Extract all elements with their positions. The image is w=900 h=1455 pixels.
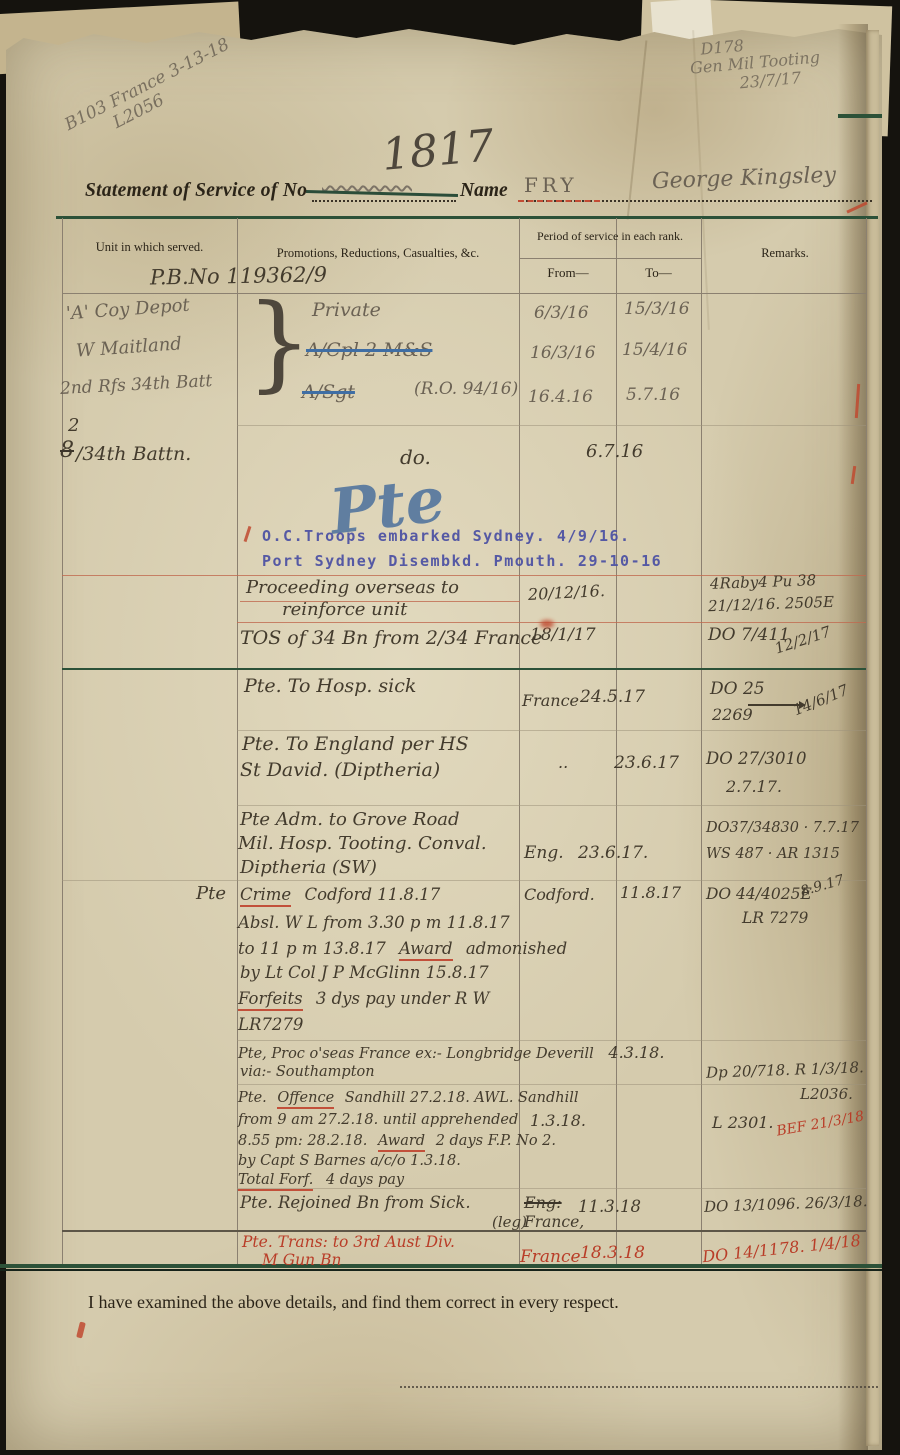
offence-line4: by Capt S Barnes a/c/o 1.3.18. <box>238 1153 461 1170</box>
table-gridline <box>519 258 701 259</box>
table-gridline <box>62 218 63 1267</box>
scanned-service-record: B103 France 3-13-18 L2056 D178 Gen Mil T… <box>0 0 900 1455</box>
crime-line4: by Lt Col J P McGlinn 15.8.17 <box>240 964 489 983</box>
proc-line2: via:- Southampton <box>240 1064 375 1081</box>
offence-award-underlined: Award <box>378 1133 425 1152</box>
top-green-rule <box>56 216 878 219</box>
offence-line3b: 2 days F.P. No 2. <box>436 1133 556 1149</box>
rank-entry-2-to: 15/4/16 <box>622 341 688 361</box>
total-forf-underlined: Total Forf. <box>238 1172 313 1191</box>
hosp-remarks2: 2269 <box>712 706 753 724</box>
dotted-leader-number <box>312 182 456 202</box>
table-gridline <box>237 730 866 731</box>
crime-line5: Forfeits 3 dys pay under R W <box>238 990 490 1009</box>
bottom-rule-shadow <box>0 1269 882 1271</box>
rejoined-place: France, <box>524 1214 584 1232</box>
offence-line5-rest: 4 days pay <box>326 1172 404 1188</box>
table-header-unit: Unit in which served. <box>66 240 233 254</box>
form-title: Statement of Service of No <box>85 180 307 202</box>
offence-line1-rest: Sandhill 27.2.18. AWL. Sandhill <box>345 1090 579 1106</box>
table-gridline <box>237 1040 866 1041</box>
table-header-remarks: Remarks. <box>706 246 864 260</box>
rank-entry-1-from: 6/3/16 <box>534 304 589 324</box>
page-edge <box>866 30 879 1446</box>
grove-line1: Pte Adm. to Grove Road <box>240 810 460 831</box>
green-rule <box>62 668 866 670</box>
grove-place: Eng. <box>524 844 564 864</box>
proc-line1: Pte, Proc o'seas France ex:- Longbridge … <box>238 1044 664 1063</box>
crime-date: 11.8.17 <box>620 884 681 902</box>
hosp-date: 24.5.17 <box>580 688 645 708</box>
award-word-underlined: Award <box>399 939 453 961</box>
battn-correction: 2 <box>68 416 79 437</box>
certification-statement: I have examined the above details, and f… <box>88 1292 619 1313</box>
crime-line1-rest: Codford 11.8.17 <box>304 885 440 904</box>
crime-word-underlined: Crime <box>240 885 291 907</box>
crime-line6: LR7279 <box>238 1016 303 1035</box>
grove-line2: Mil. Hosp. Tooting. Conval. <box>238 834 487 855</box>
tos-text: TOS of 34 Bn from 2/34 France <box>240 628 542 650</box>
table-gridline <box>237 425 866 426</box>
grove-date: 23.6.17. <box>578 844 648 864</box>
grove-remarks1: DO37/34830 · 7.7.17 <box>706 820 859 837</box>
offence-remarks1: L 2301. <box>712 1114 774 1132</box>
trans-date: 18.3.18 <box>580 1244 645 1264</box>
table-gridline <box>62 1230 866 1232</box>
england-place: .. <box>558 754 568 772</box>
trans-line1: Pte. Trans: to 3rd Aust Div. <box>242 1234 455 1252</box>
proc-line1-text: Pte, Proc o'seas France ex:- Longbridge … <box>238 1046 594 1062</box>
signature-dotted-line <box>400 1372 878 1388</box>
table-gridline <box>701 218 702 1267</box>
crime-place: Codford. <box>524 886 595 904</box>
offence-rank: Pte. <box>238 1090 267 1106</box>
grove-line3: Diptheria (SW) <box>240 858 377 879</box>
forfeits-word-underlined: Forfeits <box>238 989 303 1011</box>
top-right-pencil-note: D178 Gen Mil Tooting 23/7/17 <box>688 30 822 96</box>
offence-date: 1.3.18. <box>530 1112 586 1130</box>
england-line1: Pte. To England per HS <box>242 734 469 756</box>
table-gridline <box>237 218 238 1267</box>
rank-entry-2-struck: A/Cpl 2 M&S <box>306 340 432 362</box>
rank-entry-1: Private <box>312 300 381 322</box>
battn-from-date: 6.7.16 <box>586 442 643 463</box>
bottom-green-rule <box>0 1264 882 1268</box>
table-header-to: To— <box>617 266 700 281</box>
offence-word-underlined: Offence <box>277 1090 334 1109</box>
name-label: Name <box>460 180 508 202</box>
rejoined-date: 11.3.18 <box>578 1198 641 1217</box>
overseas-line1: Proceeding overseas to <box>246 578 459 599</box>
surname: FRY <box>524 174 578 197</box>
proc-remarks2: L2036. <box>800 1086 853 1103</box>
battn-unit: /34th Battn. <box>76 444 191 466</box>
table-header-period: Period of service in each rank. <box>521 230 699 244</box>
rejoined-text: Pte. Rejoined Bn from Sick. <box>240 1194 471 1213</box>
england-line2: St David. (Diptheria) <box>240 760 440 782</box>
rank-entry-3-to: 5.7.16 <box>626 386 680 406</box>
crime-line1: Crime Codford 11.8.17 <box>240 886 440 905</box>
rejoined-place-struck: Eng: <box>524 1194 562 1212</box>
rank-entry-3-from: 16.4.16 <box>528 388 593 408</box>
table-gridline <box>519 218 520 1267</box>
hosp-text: Pte. To Hosp. sick <box>244 676 416 698</box>
rank-entry-1-to: 15/3/16 <box>624 300 690 320</box>
offence-line2: from 9 am 27.2.18. until apprehended <box>238 1112 518 1129</box>
trans-line2: M Gun Bn <box>262 1252 341 1270</box>
crime-remarks2: LR 7279 <box>742 910 808 928</box>
table-gridline <box>866 218 867 1267</box>
red-ink-smudge <box>540 620 554 628</box>
hosp-remarks1: DO 25 <box>710 680 765 700</box>
table-gridline <box>237 805 866 806</box>
table-gridline <box>616 218 617 1267</box>
offence-line5: Total Forf. 4 days pay <box>238 1172 404 1189</box>
rank-entry-2-from: 16/3/16 <box>530 344 596 364</box>
rank-entry-3-suffix: (R.O. 94/16) <box>414 380 518 400</box>
crime-rank: Pte <box>196 884 226 905</box>
overseas-line2: reinforce unit <box>282 600 407 621</box>
england-remarks2: 2.7.17. <box>726 778 782 796</box>
crime-remarks1: DO 44/4025E <box>706 886 812 904</box>
table-gridline <box>62 293 866 294</box>
rejoined-note: (leg) <box>492 1214 527 1231</box>
crime-line3a: to 11 p m 13.8.17 <box>238 939 386 958</box>
tos-date: 18/1/17 <box>530 626 596 646</box>
england-remarks1: DO 27/3010 <box>706 750 807 769</box>
embarkation-stamp-line1: O.C.Troops embarked Sydney. 4/9/16. <box>262 528 631 545</box>
grove-remarks2: WS 487 · AR 1315 <box>706 846 840 863</box>
proc-date-inline: 4.3.18. <box>608 1043 664 1062</box>
rank-entry-3-struck: A/Sgt <box>302 382 355 404</box>
hosp-place: France <box>522 692 579 710</box>
offence-line3a: 8.55 pm: 28.2.18. <box>238 1133 367 1149</box>
table-header-promotions: Promotions, Reductions, Casualties, &c. <box>242 246 514 260</box>
embarkation-stamp-line2: Port Sydney Disembkd. Pmouth. 29-10-16 <box>262 553 662 570</box>
england-date: 23.6.17 <box>614 754 679 774</box>
battn-struck-char: 8 <box>60 438 74 463</box>
trans-place: France <box>520 1248 581 1268</box>
crime-line5-rest: 3 dys pay under R W <box>316 989 490 1008</box>
offence-line1: Pte. Offence Sandhill 27.2.18. AWL. Sand… <box>238 1090 579 1107</box>
offence-line3: 8.55 pm: 28.2.18. Award 2 days F.P. No 2… <box>238 1133 556 1150</box>
table-header-from: From— <box>521 266 615 281</box>
adjacent-page-rule <box>838 114 882 118</box>
crime-line2: Absl. W L from 3.30 p m 11.8.17 <box>238 914 510 933</box>
table-gridline <box>237 1084 866 1085</box>
table-gridline <box>62 880 866 881</box>
crime-line3: to 11 p m 13.8.17 Award admonished <box>238 940 567 959</box>
surname-red-underline <box>518 200 600 202</box>
crime-line3b: admonished <box>466 939 567 958</box>
